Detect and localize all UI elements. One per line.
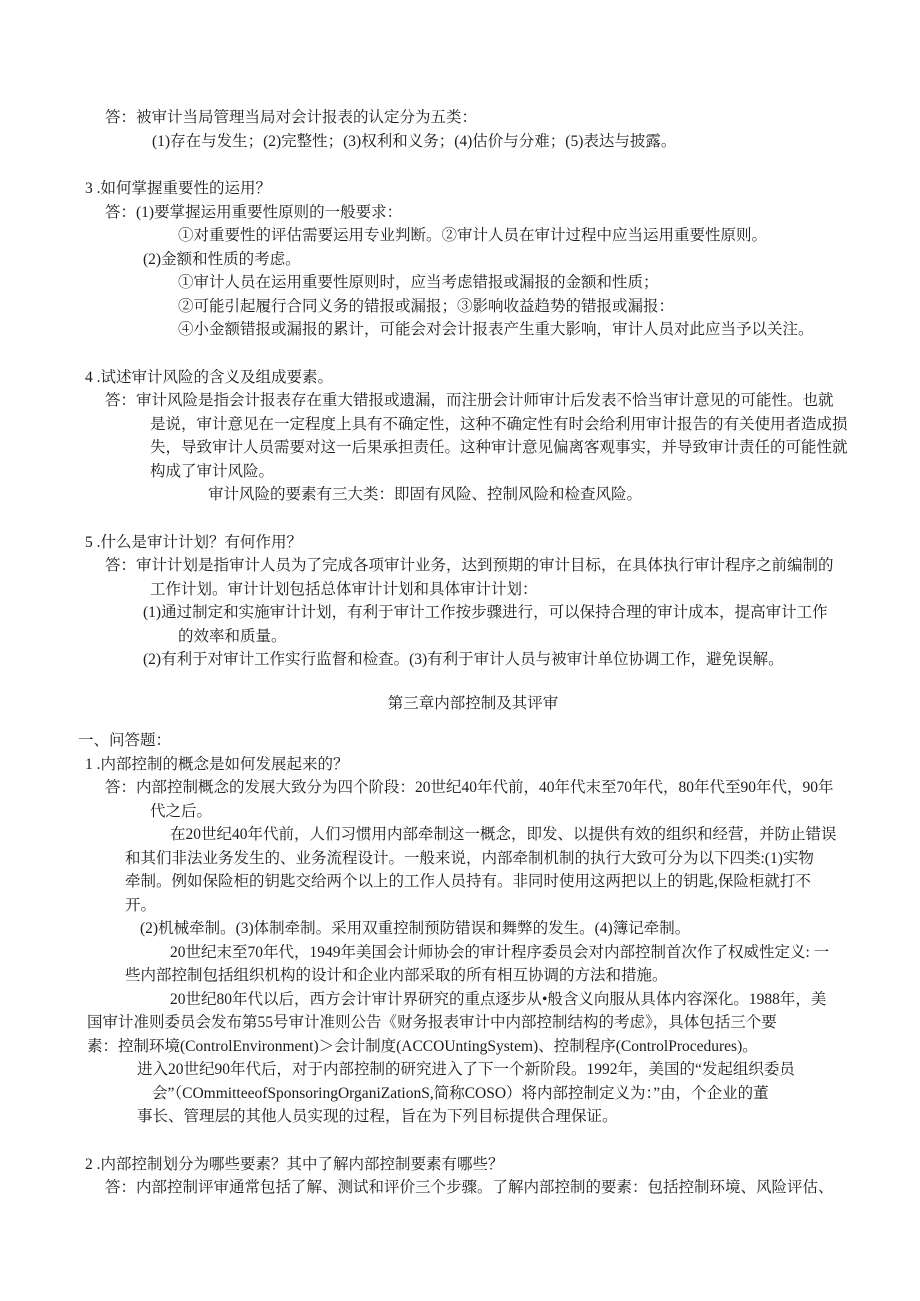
answer-subline: 和其们非法业务发生的、业务流程设计。一般来说，内部牵制机制的执行大致可分为以下四… bbox=[62, 847, 884, 871]
chapter-heading: 第三章内部控制及其评审 bbox=[62, 692, 884, 716]
question-line: 1 .内部控制的概念是如何发展起来的？ bbox=[62, 753, 884, 777]
answer-subline: 在20世纪40年代前，人们习惯用内部牵制这一概念，即发、以提供有效的组织和经营，… bbox=[62, 823, 884, 847]
answer-subline: 进入20世纪90年代后，对于内部控制的研究进入了下一个新阶段。1992年，美国的… bbox=[62, 1058, 884, 1082]
answer-subline: 是说，审计意见在一定程度上具有不确定性，这种不确定性有时会给利用审计报告的有关使… bbox=[62, 413, 884, 437]
qa-block-q4: 4 .试述审计风险的含义及组成要素。 答：审计风险是指会计报表存在重大错报或遗漏… bbox=[62, 366, 884, 507]
qa-block-assertions: 答：被审计当局管理当局对会计报表的认定分为五类： (1)存在与发生；(2)完整性… bbox=[62, 106, 884, 153]
answer-subline: ①审计人员在运用重要性原则时，应当考虑错报或漏报的金额和性质； bbox=[62, 271, 884, 295]
answer-line: 答：内部控制评审通常包括了解、测试和评价三个步骤。了解内部控制的要素：包括控制环… bbox=[62, 1176, 884, 1200]
document-page: 答：被审计当局管理当局对会计报表的认定分为五类： (1)存在与发生；(2)完整性… bbox=[0, 0, 920, 1200]
answer-line: 答：(1)要掌握运用重要性原则的一般要求： bbox=[62, 201, 884, 225]
answer-subline: 20世纪80年代以后，西方会计审计界研究的重点逐步从•般含义向服从具体内容深化。… bbox=[62, 988, 884, 1012]
answer-subline: ④小金额错报或漏报的累计，可能会对会计报表产生重大影响，审计人员对此应当予以关注… bbox=[62, 318, 884, 342]
answer-subline: (2)金额和性质的考虑。 bbox=[62, 248, 884, 272]
answer-subline: (1)通过制定和实施审计计划，有利于审计工作按步骤进行，可以保持合理的审计成本，… bbox=[62, 601, 884, 625]
answer-subline: 些内部控制包括组织机构的设计和企业内部采取的所有相互协调的方法和措施。 bbox=[62, 964, 884, 988]
answer-subline: (2)有利于对审计工作实行监督和检查。(3)有利于审计人员与被审计单位协调工作，… bbox=[62, 648, 884, 672]
question-line: 2 .内部控制划分为哪些要素？其中了解内部控制要素有哪些？ bbox=[62, 1153, 884, 1177]
qa-block-ch3-q2: 2 .内部控制划分为哪些要素？其中了解内部控制要素有哪些？ 答：内部控制评审通常… bbox=[62, 1153, 884, 1200]
answer-subline: 牵制。例如保险柜的钥匙交给两个以上的工作人员持有。非同时使用这两把以上的钥匙,保… bbox=[62, 870, 884, 894]
section-label: 一、问答题： bbox=[62, 729, 884, 753]
answer-subline: (1)存在与发生；(2)完整性；(3)权利和义务；(4)估价与分难；(5)表达与… bbox=[62, 130, 884, 154]
question-line: 3 .如何掌握重要性的运用？ bbox=[62, 177, 884, 201]
question-line: 4 .试述审计风险的含义及组成要素。 bbox=[62, 366, 884, 390]
answer-subline: (2)机械牵制。(3)体制牵制。采用双重控制预防错误和舞弊的发生。(4)簿记牵制… bbox=[62, 917, 884, 941]
answer-subline: 20世纪末至70年代，1949年美国会计师协会的审计程序委员会对内部控制首次作了… bbox=[62, 941, 884, 965]
answer-subline: 审计风险的要素有三大类：即固有风险、控制风险和检查风险。 bbox=[62, 483, 884, 507]
answer-subline: 代之后。 bbox=[62, 800, 884, 824]
answer-subline: ①对重要性的评估需要运用专业判断。②审计人员在审计过程中应当运用重要性原则。 bbox=[62, 224, 884, 248]
answer-subline: 国审计准则委员会发布第55号审计准则公告《财务报表审计中内部控制结构的考虑》，具… bbox=[62, 1011, 884, 1035]
answer-line: 答：内部控制概念的发展大致分为四个阶段：20世纪40年代前，40年代末至70年代… bbox=[62, 776, 884, 800]
answer-subline: 开。 bbox=[62, 894, 884, 918]
answer-line: 答：审计风险是指会计报表存在重大错报或遗漏，而注册会计师审计后发表不恰当审计意见… bbox=[62, 389, 884, 413]
answer-subline: 失，导致审计人员需要对这一后果承担责任。这种审计意见偏离客观事实，并导致审计责任… bbox=[62, 436, 884, 460]
answer-subline: 事长、管理层的其他人员实现的过程，旨在为下列目标提供合理保证。 bbox=[62, 1105, 884, 1129]
answer-line: 答：审计计划是指审计人员为了完成各项审计业务，达到预期的审计目标，在具体执行审计… bbox=[62, 554, 884, 578]
answer-subline: 工作计划。审计计划包括总体审计计划和具体审计计划： bbox=[62, 578, 884, 602]
answer-subline: 的效率和质量。 bbox=[62, 625, 884, 649]
answer-subline: 构成了审计风险。 bbox=[62, 460, 884, 484]
qa-block-ch3-q1: 1 .内部控制的概念是如何发展起来的？ 答：内部控制概念的发展大致分为四个阶段：… bbox=[62, 753, 884, 1129]
question-line: 5 .什么是审计计划？有何作用？ bbox=[62, 531, 884, 555]
qa-block-q5: 5 .什么是审计计划？有何作用？ 答：审计计划是指审计人员为了完成各项审计业务，… bbox=[62, 531, 884, 672]
answer-subline: ②可能引起履行合同义务的错报或漏报；③影响收益趋势的错报或漏报： bbox=[62, 295, 884, 319]
qa-block-q3: 3 .如何掌握重要性的运用？ 答：(1)要掌握运用重要性原则的一般要求： ①对重… bbox=[62, 177, 884, 342]
answer-line: 答：被审计当局管理当局对会计报表的认定分为五类： bbox=[62, 106, 884, 130]
answer-subline: 会”（COmmitteeofSponsoringOrganiZationS,简称… bbox=[62, 1082, 884, 1106]
answer-subline: 素：控制环境(ControlEnvironment)＞会计制度(ACCOUnti… bbox=[62, 1035, 884, 1059]
